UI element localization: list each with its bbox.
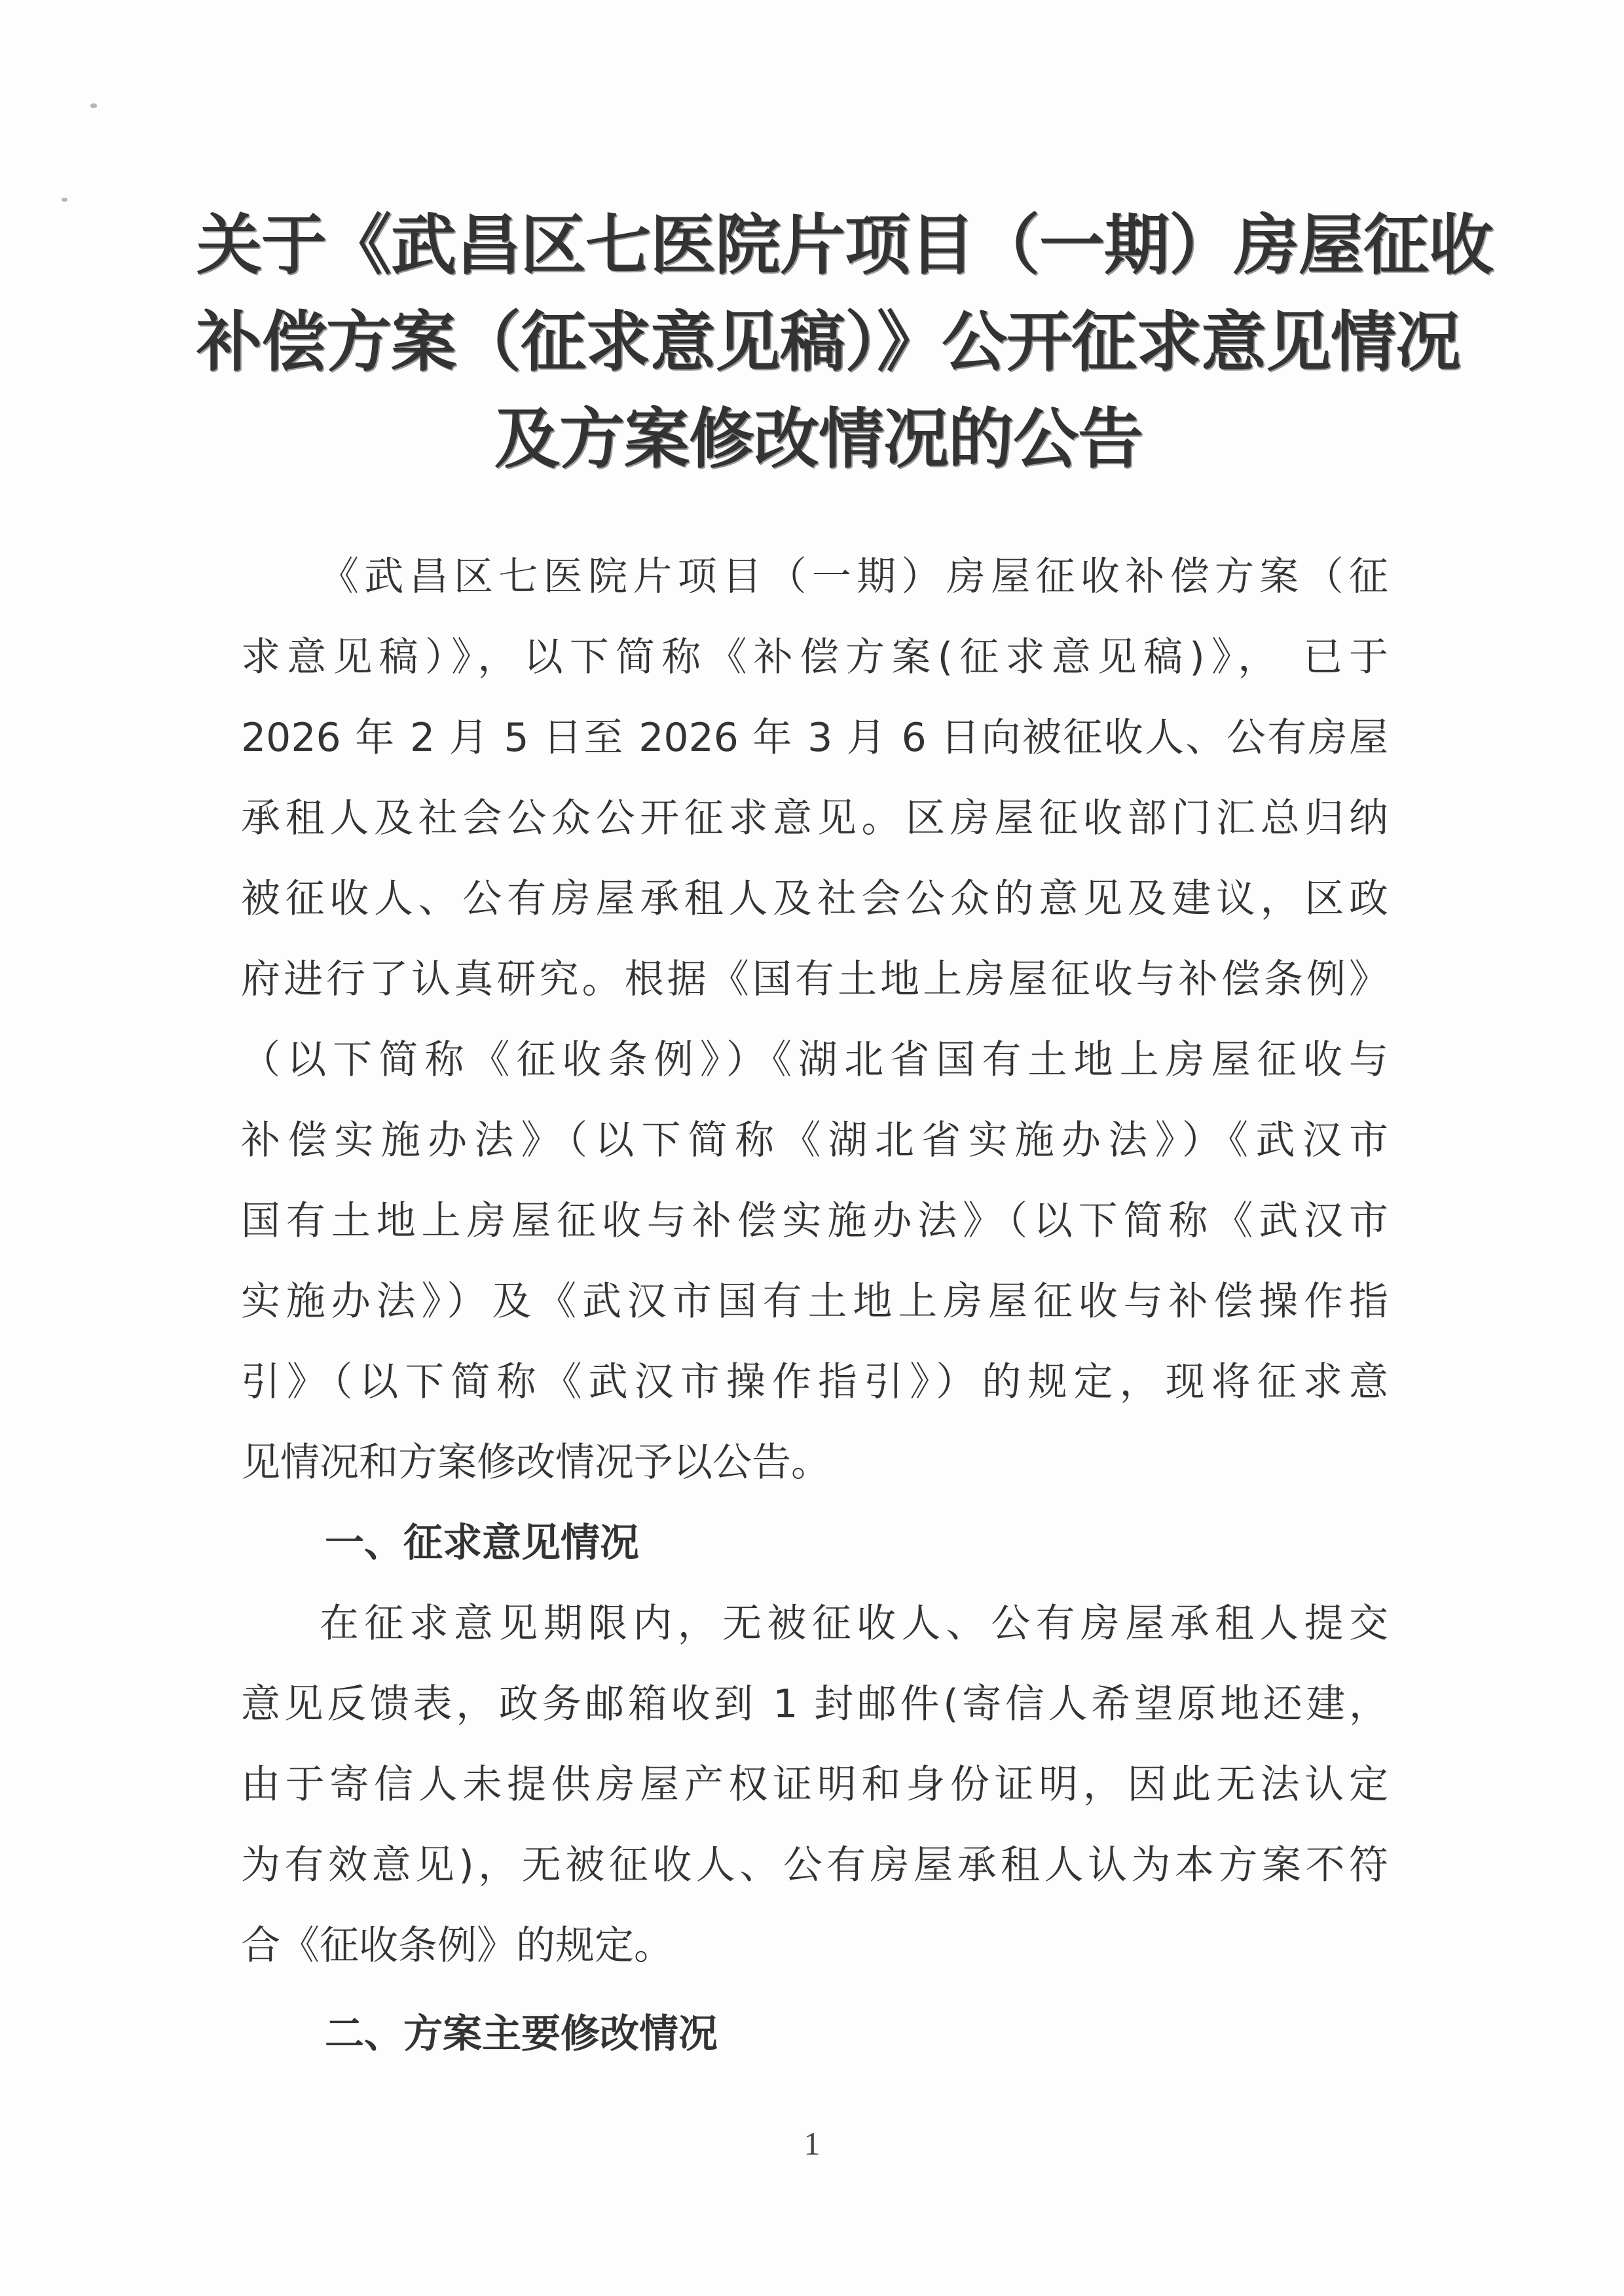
section-1-paragraph: 在征求意见期限内，无被征收人、公有房屋承租人提交 意见反馈表，政务邮箱收到 1 … — [241, 1584, 1388, 1986]
paragraph-line: 《武昌区七医院片项目（一期）房屋征收补偿方案（征 — [241, 537, 1388, 617]
paragraph-line: 意见反馈表，政务邮箱收到 1 封邮件(寄信人希望原地还建， — [241, 1664, 1388, 1745]
scan-speck — [90, 103, 97, 108]
document-title: 关于《武昌区七医院片项目（一期）房屋征收 补偿方案（征求意见稿）》公开征求意见情… — [196, 196, 1441, 487]
document-body: 《武昌区七医院片项目（一期）房屋征收补偿方案（征 求意见稿）》，以下简称《补偿方… — [241, 537, 1388, 2075]
paragraph-line: 求意见稿）》，以下简称《补偿方案(征求意见稿)》， 已于 — [241, 617, 1388, 698]
title-line: 关于《武昌区七医院片项目（一期）房屋征收 — [196, 196, 1441, 293]
paragraph-line: 承租人及社会公众公开征求意见。区房屋征收部门汇总归纳 — [241, 778, 1388, 859]
section-heading-1: 一、征求意见情况 — [241, 1503, 1388, 1584]
section-heading-2: 二、方案主要修改情况 — [241, 1994, 1388, 2075]
paragraph-line: 国有土地上房屋征收与补偿实施办法》（以下简称《武汉市 — [241, 1181, 1388, 1262]
intro-paragraph: 《武昌区七医院片项目（一期）房屋征收补偿方案（征 求意见稿）》，以下简称《补偿方… — [241, 537, 1388, 1503]
page-number: 1 — [786, 2124, 838, 2162]
paragraph-line: 见情况和方案修改情况予以公告。 — [241, 1423, 1388, 1503]
paragraph-line: 被征收人、公有房屋承租人及社会公众的意见及建议，区政 — [241, 859, 1388, 939]
paragraph-line: 为有效意见)，无被征收人、公有房屋承租人认为本方案不符 — [241, 1825, 1388, 1906]
paragraph-line: 府进行了认真研究。根据《国有土地上房屋征收与补偿条例》 — [241, 939, 1388, 1020]
document-page: 关于《武昌区七医院片项目（一期）房屋征收 补偿方案（征求意见稿）》公开征求意见情… — [0, 0, 1624, 2296]
title-line: 及方案修改情况的公告 — [196, 390, 1441, 487]
paragraph-line: 合《征收条例》的规定。 — [241, 1906, 1388, 1986]
paragraph-line: 2026 年 2 月 5 日至 2026 年 3 月 6 日向被征收人、公有房屋 — [241, 698, 1388, 778]
paragraph-line: （以下简称《征收条例》）《湖北省国有土地上房屋征收与 — [241, 1020, 1388, 1101]
paragraph-line: 引》（以下简称《武汉市操作指引》）的规定，现将征求意 — [241, 1342, 1388, 1423]
paragraph-line: 补偿实施办法》（以下简称《湖北省实施办法》）《武汉市 — [241, 1101, 1388, 1181]
scan-speck — [62, 198, 67, 202]
paragraph-line: 在征求意见期限内，无被征收人、公有房屋承租人提交 — [241, 1584, 1388, 1664]
paragraph-line: 实施办法》）及《武汉市国有土地上房屋征收与补偿操作指 — [241, 1262, 1388, 1342]
paragraph-line: 由于寄信人未提供房屋产权证明和身份证明，因此无法认定 — [241, 1745, 1388, 1825]
title-line: 补偿方案（征求意见稿）》公开征求意见情况 — [196, 293, 1441, 390]
